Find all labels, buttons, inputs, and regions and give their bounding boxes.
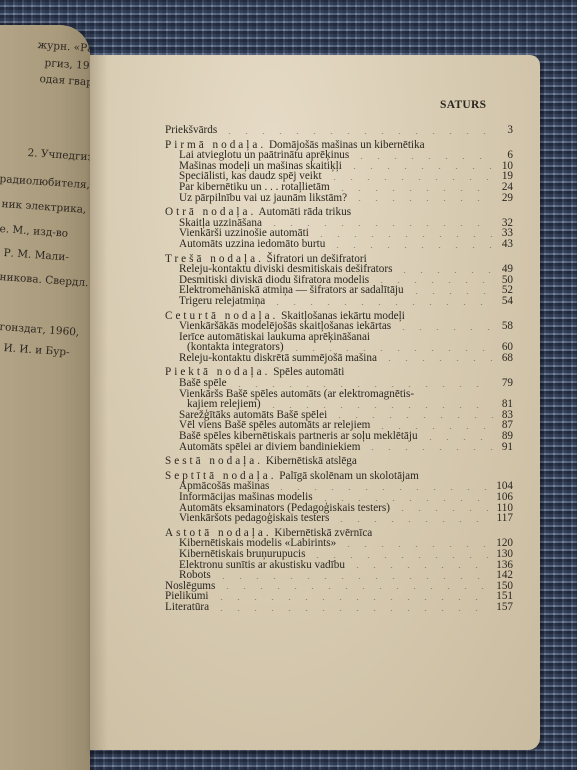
toc-entry-title: Vienkāršots pedagoģiskais testers <box>179 513 329 524</box>
left-page-line: журн. «Радио», <box>37 39 90 57</box>
leader-dots <box>381 360 493 361</box>
leader-dots <box>333 521 492 522</box>
toc-page-number: 29 <box>497 193 513 204</box>
chapter-title: Automāti rāda trikus <box>258 206 351 218</box>
left-page-line: радиолюбителя, <box>0 173 90 191</box>
toc-entry-title: Kibernētiskais bruņurupucis <box>179 549 305 560</box>
toc-entry: Vienkāršots pedagoģiskais testers117 <box>165 513 513 524</box>
leader-dots <box>309 557 492 558</box>
leader-dots <box>408 293 493 294</box>
left-page-line: е. М., изд-во <box>0 223 68 240</box>
toc-page-number: 91 <box>497 442 513 453</box>
toc-entry-title: Par kibernētiku un . . . rotaļlietām <box>179 182 330 193</box>
toc-entry: Robots142 <box>165 570 513 581</box>
chapter-title: Palīgā skolēnam un skolotājam <box>279 470 419 482</box>
toc-entry-title: Trigeru relejatmiņa <box>179 296 265 307</box>
chapters-list: Pirmā nodaļa. Domājošās mašinas un kiber… <box>165 140 513 581</box>
leader-dots <box>346 168 493 169</box>
toc-entry: Trigeru relejatmiņa54 <box>165 296 513 307</box>
leader-dots <box>266 225 493 226</box>
toc-entry: Releju-kontaktu diskrētā summējošā mašin… <box>165 353 513 364</box>
leader-dots <box>334 190 493 191</box>
toc-entry: Informācijas mašinas modelis106 <box>165 492 513 503</box>
toc-page-number: 58 <box>497 321 513 332</box>
back-matter-list: Noslēgums150Pielikumi151Literatūra157 <box>165 581 513 613</box>
leader-dots <box>351 200 493 201</box>
left-page-line: гонздат, 1960, <box>0 321 80 339</box>
table-of-contents: Priekšvārds 3 Pirmā nodaļa. Domājošās ma… <box>165 125 513 613</box>
leader-dots <box>273 489 492 490</box>
leader-dots <box>313 236 493 237</box>
leader-dots <box>374 428 493 429</box>
toc-entry-title: Automāts uzzina iedomāto burtu <box>179 239 325 250</box>
toc-page-number: 130 <box>496 549 513 560</box>
toc-entry-back-matter: Literatūra157 <box>165 602 513 613</box>
leader-dots <box>269 304 493 305</box>
toc-entry: Automāts uzzina iedomāto burtu43 <box>165 239 513 250</box>
toc-entry-back-matter: Noslēgums150 <box>165 581 513 592</box>
leader-dots <box>219 588 492 589</box>
leader-dots <box>395 329 493 330</box>
toc-entry-title: Automāts spēlei ar diviem bandiniekiem <box>179 442 360 453</box>
chapter-number: Sestā nodaļa. <box>165 455 263 467</box>
chapter-title: Kibernētiskā atslēga <box>266 455 357 467</box>
leader-dots <box>213 610 492 611</box>
leader-dots <box>288 350 493 351</box>
leader-dots <box>340 546 492 547</box>
toc-page-number: 157 <box>496 602 513 613</box>
left-page-line: ргиз, 1960 <box>44 57 90 73</box>
toc-page-number: 79 <box>497 378 513 389</box>
left-page-line: 2. Учпедгиз, <box>27 147 90 164</box>
leader-dots <box>231 386 493 387</box>
left-page-line: никова. Свердл. <box>0 271 89 289</box>
leader-dots <box>353 158 493 159</box>
leader-dots <box>317 500 493 501</box>
toc-entry: Automāts spēlei ar diviem bandiniekiem91 <box>165 442 513 453</box>
left-page: журн. «Радио», ргиз, 1960 одая гвардия»,… <box>0 25 90 770</box>
left-page-line: одая гвардия», <box>39 73 90 91</box>
leader-dots <box>329 247 493 248</box>
contents-page: SATURS Priekšvārds 3 Pirmā nodaļa. Domāj… <box>90 55 540 750</box>
toc-page-number: 106 <box>496 492 513 503</box>
leader-dots <box>422 439 493 440</box>
leader-dots <box>331 417 493 418</box>
leader-dots <box>326 179 493 180</box>
toc-entry-title: Priekšvārds <box>165 125 217 136</box>
contents-heading: SATURS <box>440 99 486 111</box>
toc-entry: Elektronu sunītis ar akustisku vadību136 <box>165 560 513 571</box>
page-gutter-shadow <box>90 55 108 750</box>
toc-entry-title: Uz pārpilnību vai uz jaunām likstām? <box>179 193 347 204</box>
left-page-line: И. И. и Бур- <box>3 342 70 359</box>
toc-entry: Uz pārpilnību vai uz jaunām likstām?29 <box>165 193 513 204</box>
toc-entry: Par kibernētiku un . . . rotaļlietām24 <box>165 182 513 193</box>
toc-page-number: 54 <box>497 296 513 307</box>
toc-entry-preface: Priekšvārds 3 <box>165 125 513 136</box>
toc-entry-back-matter: Pielikumi151 <box>165 591 513 602</box>
leader-dots <box>221 133 493 134</box>
toc-entry: Kibernētiskais bruņurupucis130 <box>165 549 513 560</box>
leader-dots <box>364 449 493 450</box>
toc-page-number: 117 <box>497 513 513 524</box>
leader-dots <box>215 578 493 579</box>
leader-dots <box>213 599 493 600</box>
left-page-line: ник электрика, <box>1 198 87 216</box>
leader-dots <box>349 567 492 568</box>
toc-entry-title: Literatūra <box>165 602 209 613</box>
chapter-heading: Sestā nodaļa. Kibernētiskā atslēga <box>165 456 513 467</box>
toc-page-number: 24 <box>497 182 513 193</box>
toc-page-number: 43 <box>497 239 513 250</box>
leader-dots <box>265 407 493 408</box>
leader-dots <box>396 272 493 273</box>
toc-page-number: 3 <box>497 125 513 136</box>
toc-entry-title: Informācijas mašinas modelis <box>179 492 313 503</box>
leader-dots <box>373 282 493 283</box>
leader-dots <box>394 510 493 511</box>
chapter-title: Spēles automāti <box>273 366 344 378</box>
toc-page-number: 68 <box>497 353 513 364</box>
left-page-line: Р. М. Мали- <box>3 247 69 264</box>
toc-entry-title: Releju-kontaktu diskrētā summējošā mašin… <box>179 353 377 364</box>
